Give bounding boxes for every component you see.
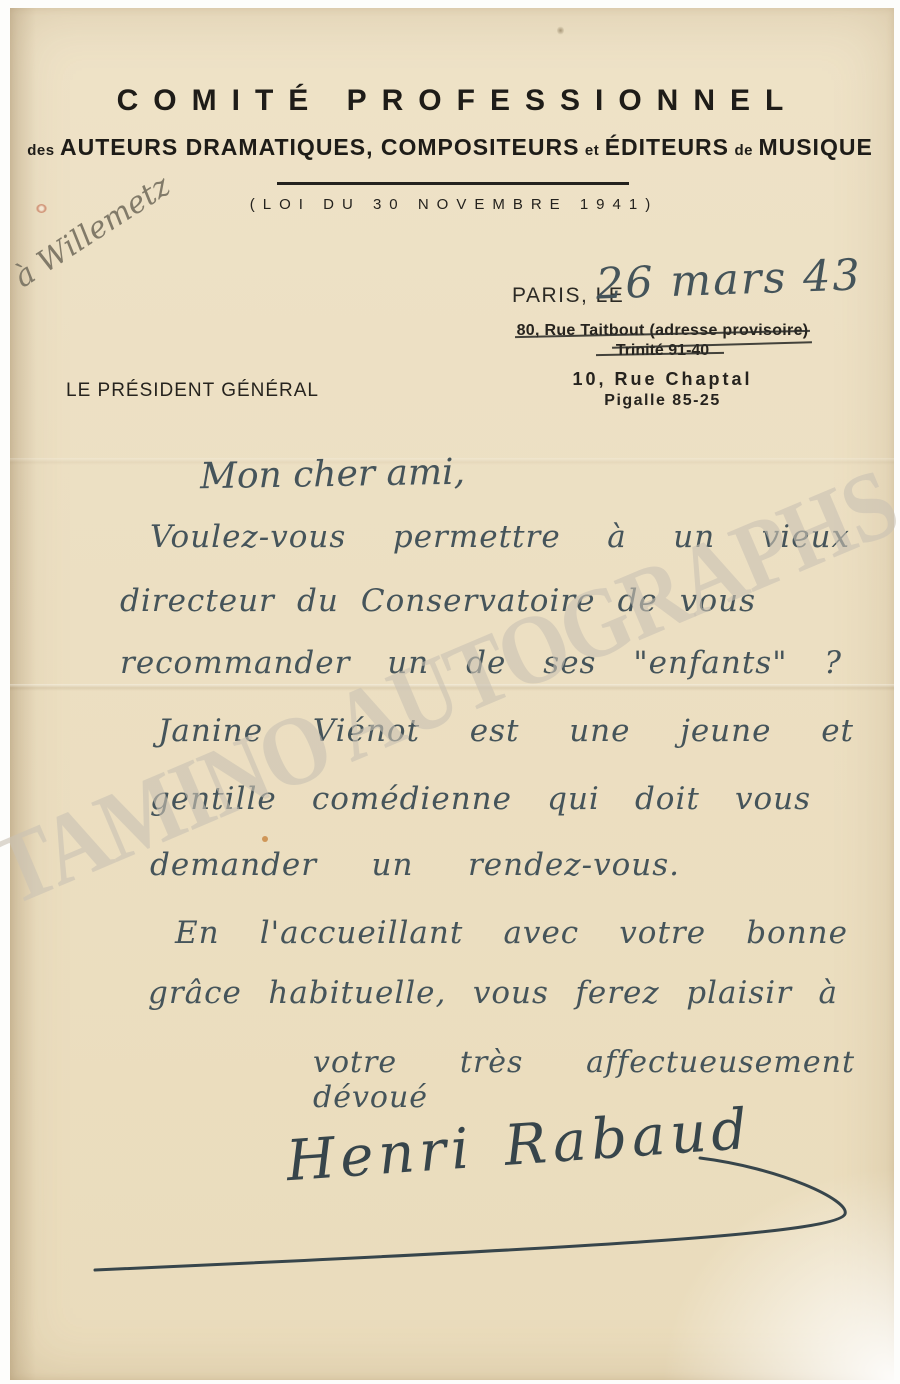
- letter-line: Janine Viénot est une jeune et: [158, 714, 854, 750]
- sender-title: LE PRÉSIDENT GÉNÉRAL: [66, 380, 319, 402]
- subtitle-small-word: des: [27, 142, 54, 159]
- letter-line: grâce habituelle, vous ferez plaisir à: [148, 976, 838, 1012]
- signature-flourish: [0, 1110, 900, 1290]
- letter-line: votre très affectueusement dévoué: [313, 1046, 855, 1115]
- letterhead-subtitle: des AUTEURS DRAMATIQUES, COMPOSITEURS et…: [0, 134, 900, 161]
- letter-line: directeur du Conservatoire de vous: [120, 584, 756, 620]
- new-address-line: 10, Rue Chaptal: [505, 369, 820, 390]
- new-phone-line: Pigalle 85-25: [505, 392, 820, 410]
- subtitle-main-text: MUSIQUE: [758, 134, 872, 160]
- subtitle-main-text: AUTEURS DRAMATIQUES, COMPOSITEURS: [60, 134, 579, 160]
- subtitle-small-word: et: [585, 142, 599, 159]
- scanned-letter-page: COMITÉ PROFESSIONNEL des AUTEURS DRAMATI…: [0, 0, 900, 1384]
- fold-crease: [10, 684, 894, 691]
- letter-line: gentille comédienne qui doit vous: [150, 782, 811, 818]
- subtitle-main-text: ÉDITEURS: [605, 134, 729, 160]
- letter-line: En l'accueillant avec votre bonne: [175, 916, 848, 952]
- divider-rule: [277, 182, 629, 185]
- letter-line: recommander un de ses "enfants" ?: [120, 646, 842, 682]
- pinhole-mark: [557, 26, 564, 35]
- salutation: Mon cher ami,: [200, 452, 466, 498]
- subtitle-small-word: de: [734, 142, 753, 159]
- handwritten-date: 26 mars 43: [595, 251, 862, 310]
- letter-line: Voulez-vous permettre à un vieux: [150, 520, 850, 556]
- paper-stain-speck: [262, 836, 268, 842]
- letter-line: demander un rendez-vous.: [150, 848, 680, 884]
- letterhead-title: COMITÉ PROFESSIONNEL: [0, 84, 900, 118]
